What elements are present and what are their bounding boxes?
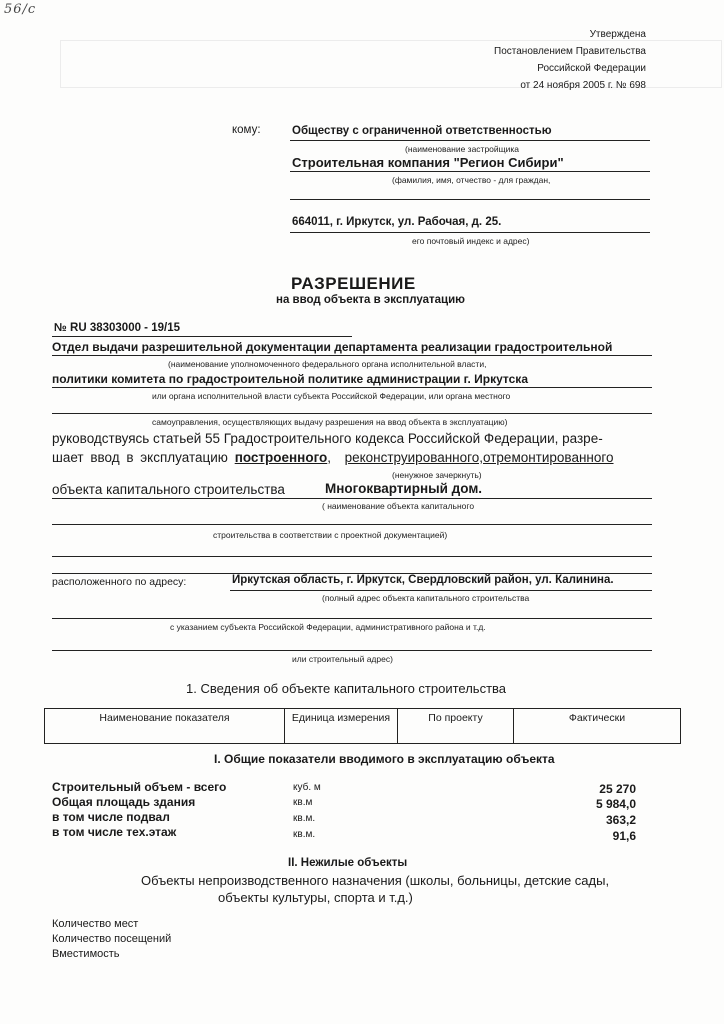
- underline: [52, 524, 652, 525]
- option-built: построенного: [235, 450, 328, 465]
- authority-hint-1: (наименование уполномоченного федерально…: [168, 359, 486, 369]
- indicator-actual: 25 270: [599, 782, 636, 796]
- recipient-address: 664011, г. Иркутск, ул. Рабочая, д. 25.: [292, 216, 501, 228]
- strike-hint: (ненужное зачеркнуть): [392, 470, 482, 480]
- approval-line: Постановлением Правительства: [494, 43, 646, 60]
- underline: [52, 387, 652, 388]
- header-by-project: По проекту: [398, 709, 514, 744]
- object-label: объекта капитального строительства: [52, 482, 285, 497]
- body-paragraph-line-2: шает ввод в эксплуатацию построенного, р…: [52, 450, 614, 465]
- group-2-subtitle-2: объекты культуры, спорта и т.д.): [218, 890, 413, 905]
- recipient-hint-2: (фамилия, имя, отчество - для граждан,: [392, 175, 550, 185]
- header-unit: Единица измерения: [285, 709, 398, 744]
- document-title: РАЗРЕШЕНИЕ: [291, 274, 416, 294]
- authority-hint-3: самоуправления, осуществляющих выдачу ра…: [152, 417, 508, 427]
- underline: [52, 413, 652, 414]
- underline: [52, 336, 352, 337]
- approval-block: Утверждена Постановлением Правительства …: [494, 26, 646, 94]
- underline: [290, 140, 650, 141]
- indicators-header-table: Наименование показателя Единица измерени…: [44, 708, 681, 744]
- group-2-title: II. Нежилые объекты: [288, 857, 407, 869]
- authority-line-1: Отдел выдачи разрешительной документации…: [52, 340, 612, 354]
- recipient-label: кому:: [232, 124, 261, 136]
- option-separator: ,: [327, 450, 331, 465]
- indicator-name: в том числе тех.этаж: [52, 825, 176, 839]
- handwritten-mark: 56/с: [4, 2, 36, 17]
- object-value: Многоквартирный дом.: [325, 481, 482, 496]
- underline: [290, 171, 650, 172]
- address-hint-2: с указанием субъекта Российской Федераци…: [170, 622, 486, 632]
- address-label: расположенного по адресу:: [52, 576, 186, 588]
- recipient-line-2: Строительная компания "Регион Сибири": [292, 155, 564, 170]
- indicator-actual: 363,2: [606, 813, 636, 827]
- object-hint-2: строительства в соответствии с проектной…: [213, 530, 447, 540]
- indicator-name: в том числе подвал: [52, 810, 170, 824]
- section-1-title: 1. Сведения об объекте капитального стро…: [186, 681, 506, 696]
- object-hint-1: ( наименование объекта капитального: [322, 501, 474, 511]
- underline: [52, 556, 652, 557]
- address-hint-1: (полный адрес объекта капитального строи…: [322, 593, 529, 603]
- underline: [290, 199, 650, 200]
- indicator-unit: куб. м: [293, 782, 321, 793]
- approval-line: от 24 ноября 2005 г. № 698: [494, 77, 646, 94]
- indicator-name: Строительный объем - всего: [52, 780, 226, 794]
- indicator-unit: кв.м.: [293, 813, 315, 824]
- nonres-item: Количество мест: [52, 918, 138, 930]
- authority-hint-2: или органа исполнительной власти субъект…: [152, 391, 510, 401]
- approval-line: Российской Федерации: [494, 60, 646, 77]
- indicator-actual: 91,6: [613, 829, 636, 843]
- permits-entry-text: шает ввод в эксплуатацию: [52, 450, 228, 465]
- underline: [230, 590, 652, 591]
- underline: [52, 650, 652, 651]
- header-indicator-name: Наименование показателя: [45, 709, 285, 744]
- group-1-title: I. Общие показатели вводимого в эксплуат…: [214, 752, 555, 766]
- nonres-item: Количество посещений: [52, 933, 171, 945]
- group-2-subtitle-1: Объекты непроизводственного назначения (…: [141, 873, 609, 888]
- permit-number: № RU 38303000 - 19/15: [54, 322, 180, 334]
- document-subtitle: на ввод объекта в эксплуатацию: [276, 294, 465, 306]
- address-hint-3: или строительный адрес): [292, 654, 393, 664]
- nonres-item: Вместимость: [52, 948, 120, 960]
- recipient-hint-1: (наименование застройщика: [405, 144, 519, 154]
- option-reconstructed-struck: реконструированного,отремонтированного: [345, 450, 614, 465]
- body-paragraph-line-1: руководствуясь статьей 55 Градостроитель…: [52, 431, 603, 446]
- underline: [52, 618, 652, 619]
- underline: [52, 498, 652, 499]
- header-actual: Фактически: [514, 709, 681, 744]
- address-value: Иркутская область, г. Иркутск, Свердловс…: [232, 574, 614, 586]
- indicator-unit: кв.м.: [293, 829, 315, 840]
- approval-line: Утверждена: [494, 26, 646, 43]
- indicator-unit: кв.м: [293, 797, 312, 808]
- indicator-actual: 5 984,0: [596, 797, 636, 811]
- recipient-hint-4: его почтовый индекс и адрес): [412, 236, 529, 246]
- authority-line-2: политики комитета по градостроительной п…: [52, 372, 528, 386]
- recipient-line-1: Обществу с ограниченной ответственностью: [292, 125, 552, 137]
- underline: [290, 232, 650, 233]
- underline: [52, 355, 652, 356]
- indicator-name: Общая площадь здания: [52, 795, 195, 809]
